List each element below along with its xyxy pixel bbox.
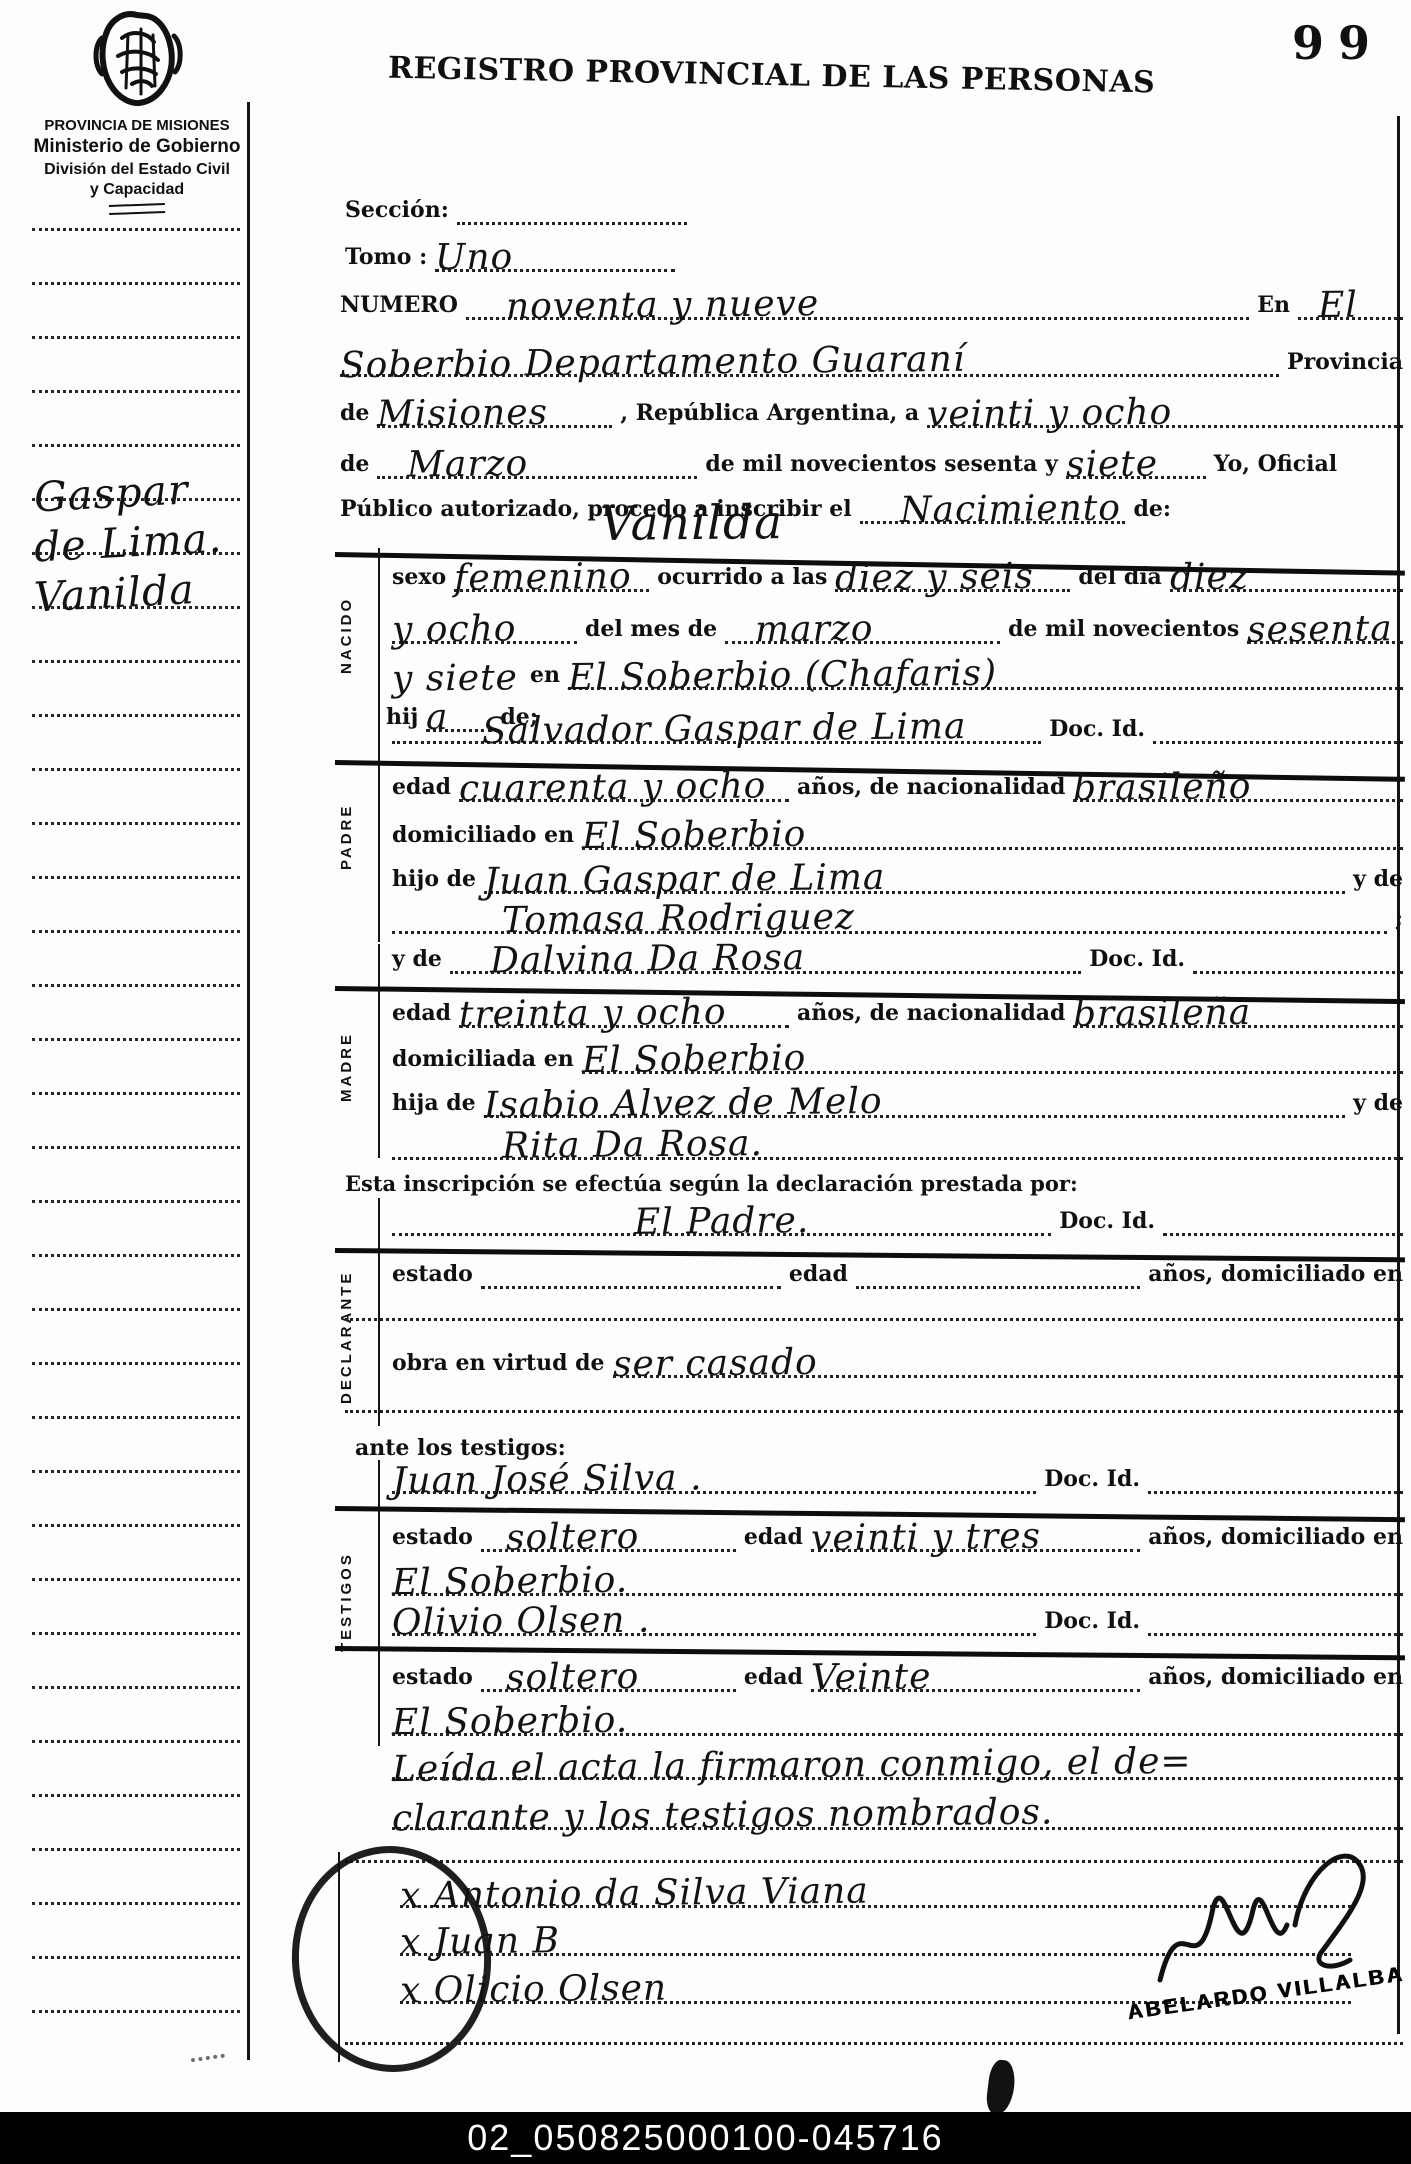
father-residence: El Soberbio: [582, 817, 807, 855]
madre-yde-label: y de: [392, 947, 442, 974]
margin-ruled-line: [32, 1740, 240, 1743]
tomo-field: Uno: [435, 240, 675, 272]
witness1-estado: soltero: [481, 1519, 640, 1557]
de2-label: de: [340, 452, 369, 479]
birth-certificate-page: 99 REGISTRO PROVINCIAL DE LAS PERSONAS P…: [0, 0, 1411, 2164]
inscribed-name: Vanilda: [600, 499, 784, 548]
year-field: siete: [1066, 447, 1206, 479]
father-nationality: brasileño: [1073, 769, 1252, 807]
month-row: de Marzo de mil novecientos sesenta y si…: [340, 447, 1403, 479]
sexo-field: femenino: [454, 560, 649, 592]
margin-ruled-line: [32, 390, 240, 393]
margin-ruled-line: [32, 1686, 240, 1689]
birthplace-row: y siete en El Soberbio (Chafaris): [392, 658, 1403, 690]
father-name-field: Salvador Gaspar de Lima: [392, 712, 1041, 744]
declarant-docid-label: Doc. Id.: [1059, 1209, 1155, 1236]
birthplace-field: El Soberbio (Chafaris): [568, 658, 1403, 690]
obra-value: ser casado: [612, 1345, 817, 1383]
maternal-grandmother-field: Rita Da Rosa.: [392, 1128, 1403, 1160]
witness1-edad-label: edad: [744, 1525, 803, 1552]
father-nationality-field: brasileño: [1073, 770, 1403, 802]
margin-name-line: de Lima.: [33, 517, 245, 569]
declarant-edad-blank: [856, 1286, 1140, 1289]
mother-docid-blank: [1193, 971, 1403, 974]
birthplace-value: El Soberbio (Chafaris): [568, 656, 997, 696]
witness1-anios-label: años, domiciliado en: [1148, 1525, 1403, 1552]
seccion-blank: [457, 222, 687, 225]
en-label: En: [1257, 293, 1290, 320]
numero-field: noventa y nueve: [466, 288, 1249, 320]
ocurrido-label: ocurrido a las: [657, 565, 827, 592]
madre-yde2-label: y de: [1353, 1091, 1403, 1118]
witness2-edad-field: Veinte: [811, 1660, 1140, 1692]
witness2-residence-field: El Soberbio.: [392, 1704, 1403, 1736]
father-dom-label: domiciliado en: [392, 823, 574, 850]
mother-name-row: y de Dalvina Da Rosa Doc. Id.: [392, 942, 1403, 974]
day-value: diez: [1170, 560, 1249, 597]
day2-row: y ocho del mes de marzo de mil novecient…: [392, 612, 1403, 644]
margin-ruled-line: [32, 1632, 240, 1635]
mother-age-row: edad treinta y ocho años, de nacionalida…: [392, 996, 1403, 1028]
inscribed-name-row: Vanilda: [600, 500, 783, 547]
signature-antonio-da-silva-viana: x Antonio da Silva Viana: [400, 1874, 869, 1915]
paternal-grandmother: Tomasa Rodriguez: [392, 900, 855, 941]
declarant-estado-blank: [481, 1286, 781, 1289]
witness2-docid-label: Doc. Id.: [1044, 1609, 1140, 1636]
margin-annotation: Gaspar de Lima. Vanilda: [34, 472, 244, 622]
obra-label: obra en virtud de: [392, 1351, 605, 1378]
en2-label: en: [530, 663, 560, 690]
witness1-name-row: Juan José Silva . Doc. Id.: [392, 1462, 1403, 1494]
closing-line1-row: Leída el acta la firmaron conmigo, el de…: [392, 1748, 1403, 1780]
semicolon: ;: [1395, 907, 1403, 934]
margin-ruled-line: [32, 660, 240, 663]
declaration-intro-row: Esta inscripción se efectúa según la dec…: [345, 1172, 1078, 1198]
father-age: cuarenta y ocho: [459, 768, 767, 807]
witness1-docid-blank: [1148, 1491, 1403, 1494]
section-label-testigos: TESTIGOS: [338, 1522, 355, 1682]
margin-ruled-line: [32, 1038, 240, 1041]
provincia-label: Provincia: [1287, 350, 1403, 377]
witness2-anios-label: años, domiciliado en: [1148, 1665, 1403, 1692]
father-age-field: cuarenta y ocho: [459, 770, 789, 802]
witness2-residence: El Soberbio.: [392, 1703, 629, 1741]
letterhead-province: PROVINCIA DE MISIONES: [28, 117, 246, 134]
declarant-anios-label: años, domiciliado en: [1148, 1262, 1403, 1289]
mother-nationality: brasileña: [1073, 995, 1252, 1033]
margin-name-line: Vanilda: [33, 567, 245, 619]
maternal-grandfather: Isabio Alvez de Melo: [483, 1084, 882, 1124]
section-label-madre: MADRE: [338, 992, 355, 1142]
page-number: 99: [1292, 16, 1384, 70]
de3-label: de:: [1133, 497, 1171, 524]
margin-ruled-line: [32, 714, 240, 717]
hijo-de-label: hijo de: [392, 867, 476, 894]
father-age-row: edad cuarenta y ocho años, de nacionalid…: [392, 770, 1403, 802]
father-residence-field: El Soberbio: [582, 818, 1403, 850]
closing-line2: clarante y los testigos nombrados.: [392, 1795, 1054, 1838]
maternal-grandmother-row: Rita Da Rosa.: [392, 1128, 1403, 1160]
father-docid-blank: [1153, 741, 1403, 744]
en-value: El: [1298, 288, 1358, 325]
closing-line1: Leída el acta la firmaron conmigo, el de…: [392, 1744, 1192, 1788]
mother-edad-label: edad: [392, 1001, 451, 1028]
day2-field: y ocho: [392, 612, 577, 644]
maternal-grandfather-row: hija de Isabio Alvez de Melo y de: [392, 1086, 1403, 1118]
margin-ruled-line: [32, 1416, 240, 1419]
day-field: diez: [1170, 560, 1403, 592]
margin-ruled-line: [32, 876, 240, 879]
tomo-label: Tomo :: [345, 245, 427, 272]
closing-line2-field: clarante y los testigos nombrados.: [392, 1798, 1403, 1830]
place-row: Soberbio Departamento Guaraní Provincia: [340, 345, 1403, 377]
margin-ruled-line: [32, 1578, 240, 1581]
margin-ruled-line: [32, 1524, 240, 1527]
witness2-name-field: Olivio Olsen .: [392, 1604, 1036, 1636]
letterhead-division2: y Capacidad: [28, 181, 246, 199]
blank-line: [345, 1318, 1403, 1321]
birth-year-field: sesenta: [1247, 612, 1403, 644]
margin-ruled-line: [32, 1092, 240, 1095]
declarant-row: El Padre. Doc. Id.: [392, 1204, 1403, 1236]
father-name-row: Salvador Gaspar de Lima Doc. Id.: [392, 712, 1403, 744]
en-field: El: [1298, 288, 1403, 320]
margin-ruled-line: [32, 984, 240, 987]
maternal-grandmother: Rita Da Rosa.: [392, 1126, 763, 1166]
year-label: de mil novecientos sesenta y: [705, 452, 1057, 479]
mes-label: del mes de: [585, 617, 717, 644]
mother-residence: El Soberbio: [582, 1041, 807, 1079]
witness2-edad-label: edad: [744, 1665, 803, 1692]
closing-line1-field: Leída el acta la firmaron conmigo, el de…: [392, 1748, 1403, 1780]
blank-dotted-row: [345, 2042, 1403, 2045]
blank-dotted-row: [345, 1410, 1403, 1413]
numero-label: NUMERO: [340, 293, 458, 320]
blank-dotted-row: [345, 1318, 1403, 1321]
bracket-padre: [378, 714, 380, 942]
letterhead: PROVINCIA DE MISIONES Ministerio de Gobi…: [28, 8, 246, 214]
provincia-field: Misiones: [377, 396, 612, 428]
mother-docid-label: Doc. Id.: [1089, 947, 1185, 974]
nacido-year-label: de mil novecientos: [1008, 617, 1239, 644]
margin-ruled-line: [32, 1956, 240, 1959]
hija-de-label: hija de: [392, 1091, 476, 1118]
declarant-docid-blank: [1163, 1233, 1403, 1236]
witness1-name-field: Juan José Silva .: [392, 1462, 1036, 1494]
seccion-label: Sección:: [345, 198, 449, 225]
bracket-madre: [378, 944, 380, 1158]
sexo-value: femenino: [454, 559, 632, 597]
declarant-field: El Padre.: [392, 1204, 1051, 1236]
mother-nationality-field: brasileña: [1073, 996, 1403, 1028]
sexo-row: sexo femenino ocurrido a las diez y seis…: [392, 560, 1403, 592]
declarant-status-row: estado edad años, domiciliado en: [392, 1262, 1403, 1289]
margin-ruled-line: [32, 768, 240, 771]
margin-ruled-line: [32, 1146, 240, 1149]
dia-label: del día: [1078, 565, 1161, 592]
sexo-label: sexo: [392, 565, 446, 592]
margin-ruled-line: [32, 1308, 240, 1311]
witness2-docid-blank: [1148, 1633, 1403, 1636]
hour-value: diez y seis: [835, 559, 1034, 597]
mother-age-field: treinta y ocho: [459, 996, 789, 1028]
bracket-testigos: [378, 1460, 380, 1746]
declaration-intro: Esta inscripción se efectúa según la dec…: [345, 1172, 1078, 1198]
mother-residence-row: domiciliada en El Soberbio: [392, 1042, 1403, 1074]
margin-ruled-line: [32, 1794, 240, 1797]
margin-ruled-line: [32, 822, 240, 825]
witness1-edad-field: veinti y tres: [811, 1520, 1140, 1552]
declarant-edad-label: edad: [789, 1262, 848, 1289]
mother-name: Dalvina Da Rosa: [450, 940, 806, 980]
declarant-value: El Padre.: [634, 1203, 810, 1241]
mother-age: treinta y ocho: [459, 995, 727, 1034]
margin-ruled-line: [32, 930, 240, 933]
paternal-grandfather-field: Juan Gaspar de Lima: [484, 862, 1345, 894]
birth-month-field: marzo: [725, 612, 1000, 644]
date-day-value: veinti y ocho: [927, 395, 1173, 434]
hour-field: diez y seis: [835, 560, 1070, 592]
place-value: Soberbio Departamento Guaraní: [340, 342, 966, 385]
padre-yde-label: y de: [1353, 867, 1403, 894]
maternal-grandfather-field: Isabio Alvez de Melo: [484, 1086, 1346, 1118]
de-label: de: [340, 401, 369, 428]
section-label-padre: PADRE: [338, 772, 355, 902]
margin-ruled-line: [32, 1362, 240, 1365]
margin-ruled-line: [32, 1470, 240, 1473]
letterhead-division: División del Estado Civil: [28, 161, 246, 179]
witness2-name: Olivio Olsen .: [392, 1603, 651, 1642]
numero-row: NUMERO noventa y nueve En El: [340, 288, 1403, 320]
birth-month-value: marzo: [725, 611, 874, 649]
obra-field: ser casado: [613, 1346, 1403, 1378]
stray-ink-marks: [189, 2042, 225, 2063]
margin-ruled-line: [32, 282, 240, 285]
numero-value: noventa y nueve: [466, 286, 820, 326]
paternal-grandfather: Juan Gaspar de Lima: [484, 860, 886, 900]
witness1-estado-field: soltero: [481, 1520, 736, 1552]
closing-line2-row: clarante y los testigos nombrados.: [392, 1798, 1403, 1830]
tomo-row: Tomo : Uno: [345, 240, 765, 272]
provincia-row: de Misiones , República Argentina, a vei…: [340, 396, 1403, 428]
vertical-divider: [247, 102, 250, 2060]
margin-ruled-line: [32, 1848, 240, 1851]
margin-ruled-line: [32, 1200, 240, 1203]
ink-blot: [985, 2059, 1017, 2116]
paternal-grandmother-field: Tomasa Rodriguez: [392, 902, 1387, 934]
date-day-field: veinti y ocho: [927, 396, 1403, 428]
tomo-value: Uno: [435, 240, 514, 277]
witness2-estado-field: soltero: [481, 1660, 736, 1692]
paternal-grandfather-row: hijo de Juan Gaspar de Lima y de: [392, 862, 1403, 894]
month-value: Marzo: [377, 446, 529, 484]
yo-oficial-label: Yo, Oficial: [1214, 452, 1337, 479]
father-edad-label: edad: [392, 775, 451, 802]
blank-line: [345, 2042, 1403, 2045]
mother-residence-field: El Soberbio: [582, 1042, 1403, 1074]
paternal-grandmother-row: Tomasa Rodriguez ;: [392, 902, 1403, 934]
witness1-docid-label: Doc. Id.: [1044, 1467, 1140, 1494]
father-name: Salvador Gaspar de Lima: [392, 709, 967, 751]
republica-label: , República Argentina, a: [620, 401, 919, 428]
father-residence-row: domiciliado en El Soberbio: [392, 818, 1403, 850]
witness1-edad: veinti y tres: [811, 1519, 1041, 1557]
witness1-residence-row: El Soberbio.: [392, 1564, 1403, 1596]
father-docid-label: Doc. Id.: [1049, 717, 1145, 744]
year-value: siete: [1066, 447, 1158, 484]
witness1-status-row: estado soltero edad veinti y tres años, …: [392, 1520, 1403, 1552]
birth-year-value: sesenta: [1247, 611, 1393, 649]
year2-field: y siete: [392, 661, 522, 690]
section-label-declarante: DECLARANTE: [338, 1252, 355, 1422]
witness1-residence: El Soberbio.: [392, 1563, 629, 1601]
witness1-name: Juan José Silva .: [392, 1460, 703, 1499]
letterhead-ministry: Ministerio de Gobierno: [28, 136, 246, 158]
double-rule: [109, 203, 165, 215]
witness2-status-row: estado soltero edad Veinte años, domicil…: [392, 1660, 1403, 1692]
act-value: Nacimiento: [859, 491, 1120, 530]
blank-line: [345, 1410, 1403, 1413]
month-field: Marzo: [377, 447, 697, 479]
witness2-residence-row: El Soberbio.: [392, 1704, 1403, 1736]
declarant-estado-label: estado: [392, 1262, 473, 1289]
mother-name-field: Dalvina Da Rosa: [450, 942, 1081, 974]
mother-nac-label: años, de nacionalidad: [797, 1001, 1065, 1028]
witness2-estado-label: estado: [392, 1665, 473, 1692]
place-field: Soberbio Departamento Guaraní: [340, 345, 1279, 377]
footer-code: 02_050825000100-045716: [467, 2117, 943, 2158]
father-nac-label: años, de nacionalidad: [797, 775, 1065, 802]
provincia-value: Misiones: [377, 395, 548, 433]
bracket-declarante: [378, 1198, 380, 1426]
section-label-nacido: NACIDO: [338, 560, 355, 710]
witness2-edad: Veinte: [811, 1659, 932, 1696]
margin-name-line: Gaspar: [33, 467, 245, 519]
witness1-residence-field: El Soberbio.: [392, 1564, 1403, 1596]
margin-ruled-line: [32, 228, 240, 231]
day2-value: y ocho: [392, 611, 517, 648]
year2-value: y siete: [392, 660, 518, 697]
witness2-name-row: Olivio Olsen . Doc. Id.: [392, 1604, 1403, 1636]
mother-dom-label: domiciliada en: [392, 1047, 574, 1074]
margin-ruled-line: [32, 444, 240, 447]
witness1-estado-label: estado: [392, 1525, 473, 1552]
margin-ruled-line: [32, 1254, 240, 1257]
witness2-estado: soltero: [481, 1659, 640, 1697]
act-field: Nacimiento: [860, 492, 1126, 524]
obra-row: obra en virtud de ser casado: [392, 1346, 1403, 1378]
margin-ruled-line: [32, 1902, 240, 1905]
footer-code-bar: 02_050825000100-045716: [0, 2112, 1411, 2164]
coat-of-arms-seal: [91, 8, 183, 108]
seccion-row: Sección:: [345, 198, 815, 225]
margin-ruled-line: [32, 2010, 240, 2013]
page-title: REGISTRO PROVINCIAL DE LAS PERSONAS: [388, 51, 1156, 101]
margin-ruled-line: [32, 336, 240, 339]
